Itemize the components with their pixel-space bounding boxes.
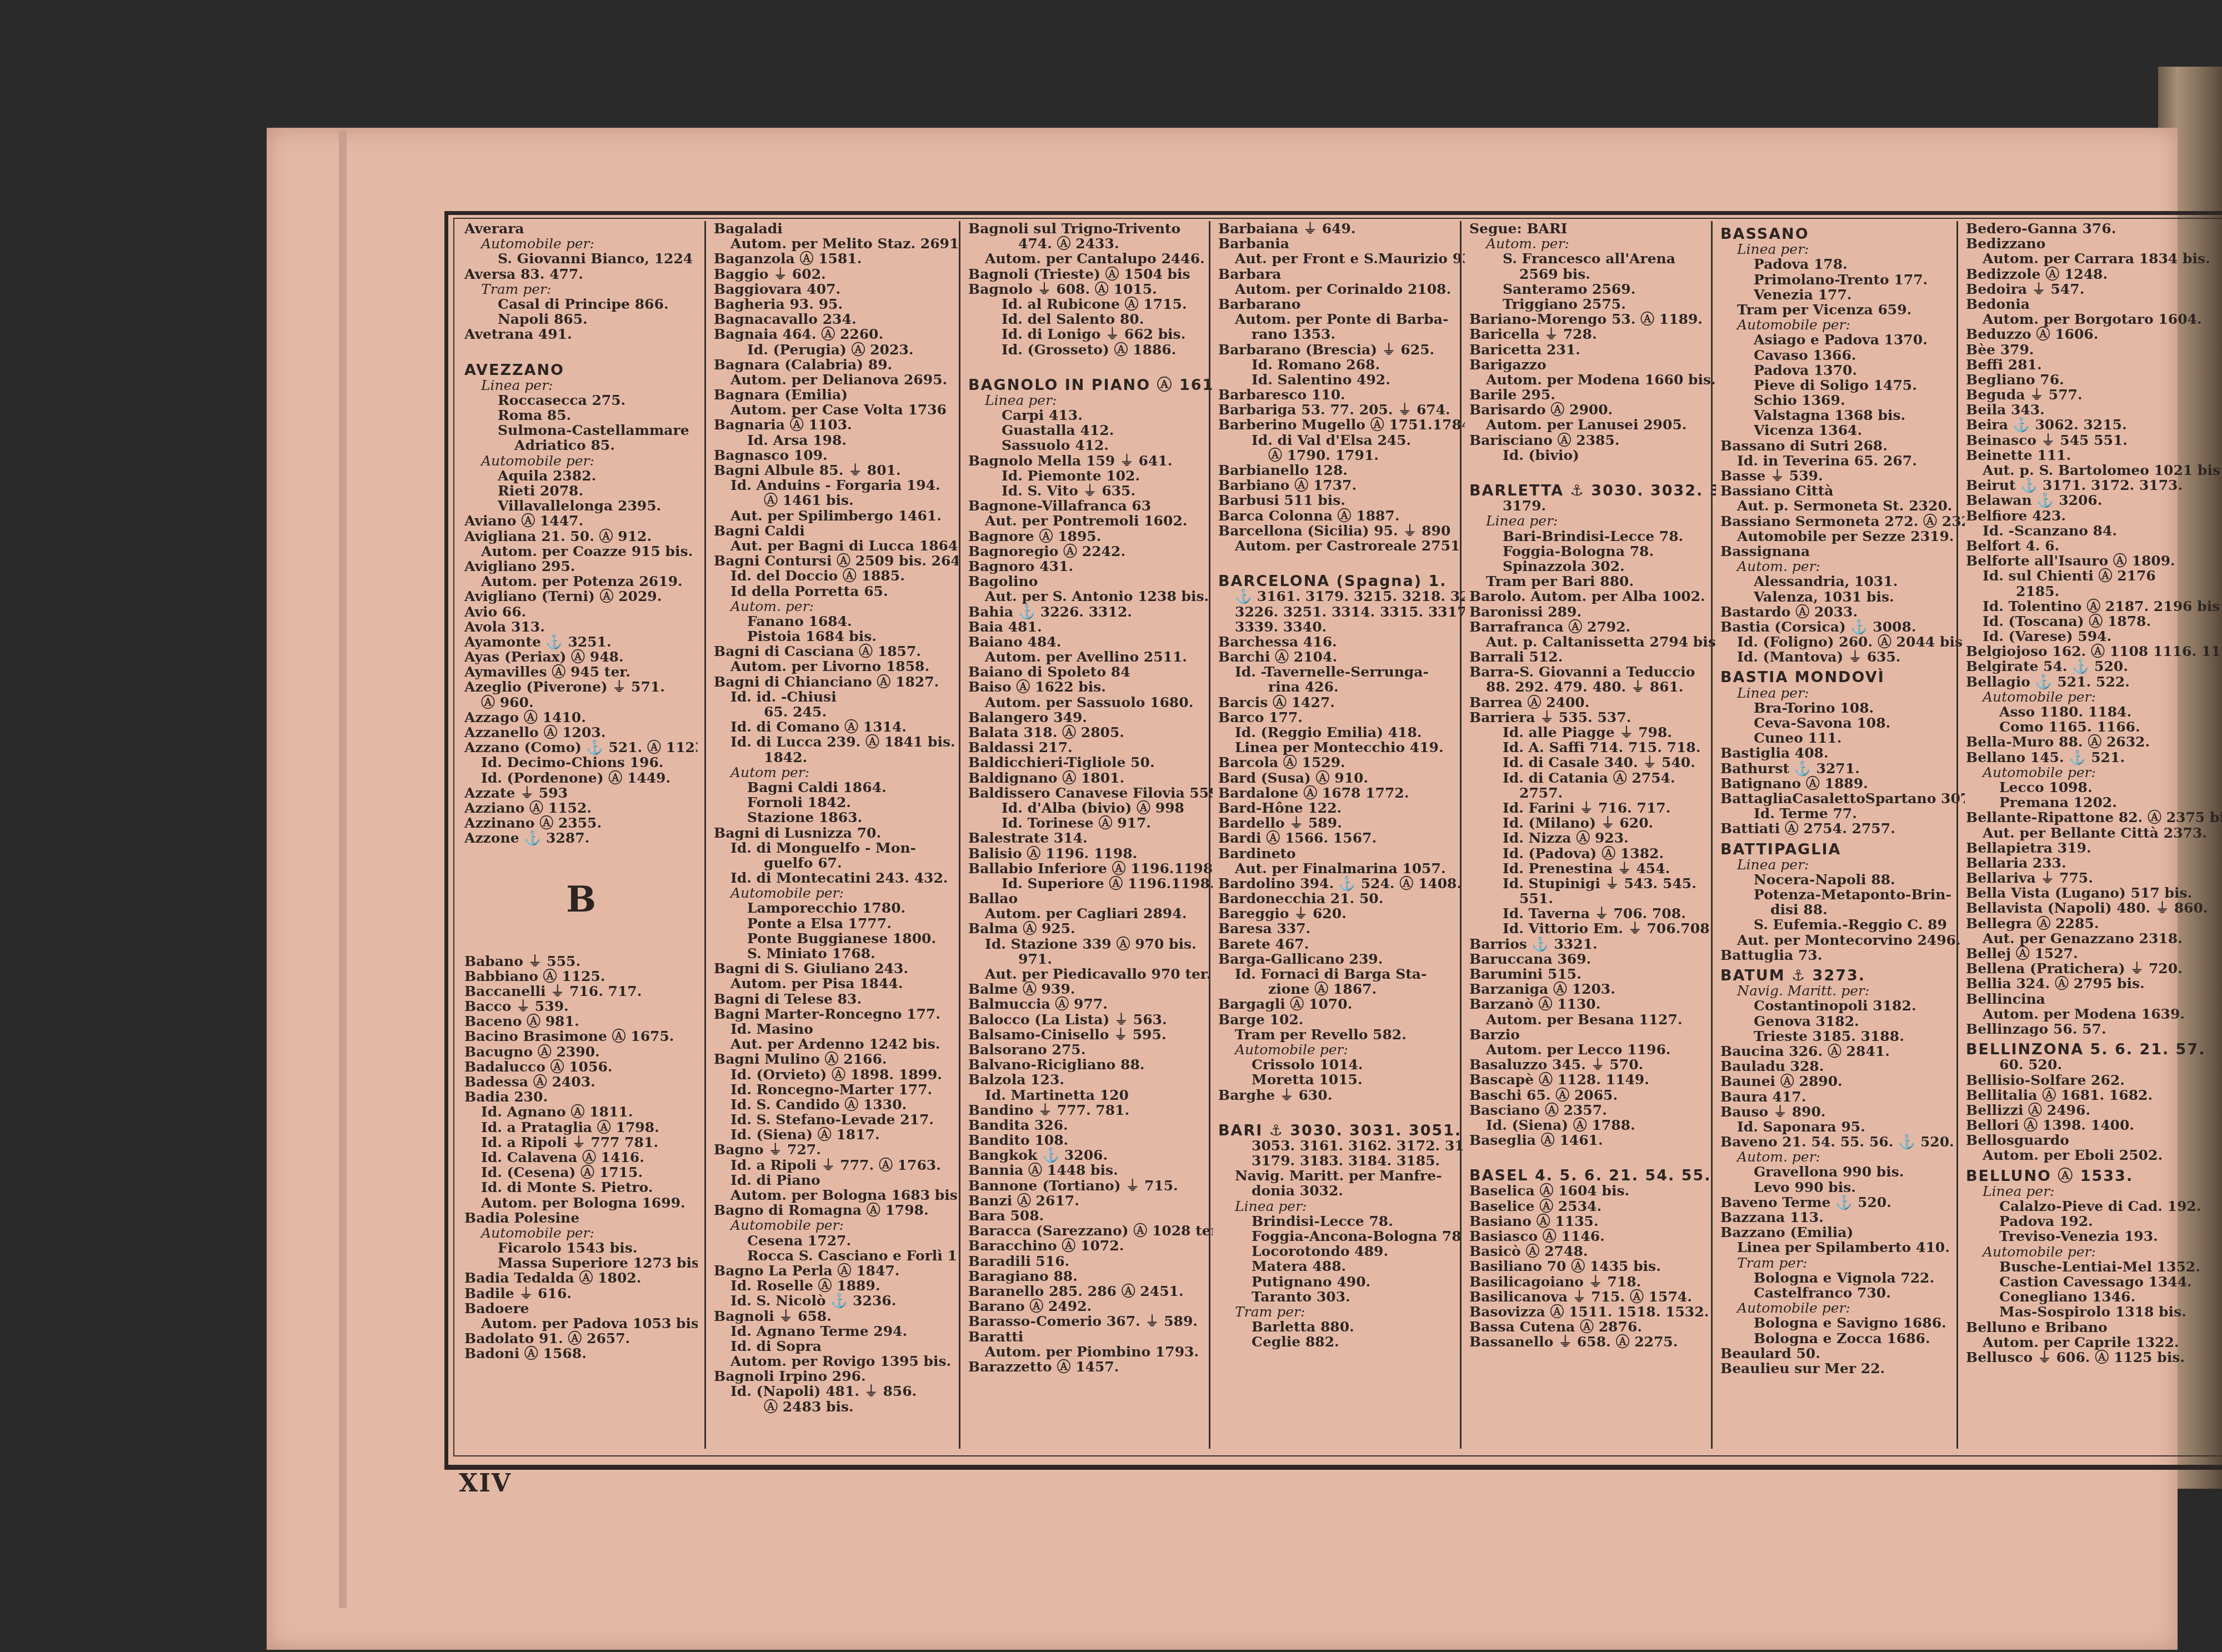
- index-entry: Bagno di Romagna Ⓐ 1798.: [714, 1203, 958, 1218]
- index-entry: Conegliano 1346.: [1966, 1289, 2222, 1304]
- index-entry: Balme Ⓐ 939.: [968, 982, 1213, 997]
- index-entry: 3179. 3183. 3184. 3185.: [1218, 1153, 1465, 1168]
- index-entry: Basovizza Ⓐ 1511. 1518. 1532.: [1469, 1304, 1716, 1319]
- index-entry: Id. Farini ⏚ 716. 717.: [1469, 800, 1716, 815]
- index-entry: Vicenza 1364.: [1720, 423, 1965, 438]
- index-entry: Azziano Ⓐ 1152.: [464, 800, 698, 815]
- index-entry: Mas-Sospirolo 1318 bis.: [1966, 1304, 2222, 1319]
- index-entry: Azzano (Como) ⚓ 521. Ⓐ 1123.: [464, 740, 698, 755]
- index-entry: Bannone (Tortiano) ⏚ 715.: [968, 1178, 1213, 1193]
- index-entry: Autom. per Livorno 1858.: [714, 659, 958, 674]
- index-entry: Bellosguardo: [1966, 1133, 2222, 1148]
- index-entry: Baricella ⏚ 728.: [1469, 327, 1716, 342]
- index-entry: Belfiore 423.: [1966, 508, 2222, 523]
- index-entry: Aut. p. Sermoneta St. 2320.: [1720, 498, 1965, 513]
- index-entry: Id. Anduins - Forgaria 194.: [714, 478, 958, 493]
- index-entry: Belforte all'Isauro Ⓐ 1809.: [1966, 553, 2222, 568]
- index-entry: Bagnacavallo 234.: [714, 312, 958, 327]
- index-entry: Barberino Mugello Ⓐ 1751.1784: [1218, 417, 1465, 432]
- index-entry: Barzaniga Ⓐ 1203.: [1469, 982, 1716, 997]
- index-entry: Baganzola Ⓐ 1581.: [714, 251, 958, 266]
- index-entry: Baiano di Spoleto 84: [968, 664, 1213, 679]
- index-entry: Ⓐ 1461 bis.: [714, 493, 958, 508]
- index-entry: rina 426.: [1218, 679, 1465, 694]
- index-entry: Bagni di Lusnizza 70.: [714, 825, 958, 840]
- index-entry: Bagno La Perla Ⓐ 1847.: [714, 1263, 958, 1278]
- index-entry: Badile ⏚ 616.: [464, 1286, 698, 1301]
- index-entry: Alessandria, 1031.: [1720, 574, 1965, 589]
- index-entry: Bellavista (Napoli) 480. ⏚ 860.: [1966, 900, 2222, 915]
- index-entry: 1842.: [714, 750, 958, 765]
- index-entry: Guastalla 412.: [968, 423, 1213, 438]
- index-entry: Autom. per:: [1469, 236, 1716, 251]
- index-entry: Id. -Scanzano 84.: [1966, 523, 2222, 538]
- index-entry: Barghe ⏚ 630.: [1218, 1088, 1465, 1103]
- index-entry: Potenza-Metaponto-Brin-: [1720, 887, 1965, 902]
- index-entry: Tram per:: [464, 282, 698, 297]
- index-entry: Bagni Caldi 1864.: [714, 780, 958, 795]
- index-column-3: Bagnoli sul Trigno-Trivento474. Ⓐ 2433.A…: [959, 221, 1213, 1449]
- index-entry: Bard (Susa) Ⓐ 910.: [1218, 770, 1465, 785]
- index-entry: Automobile per:: [1218, 1042, 1465, 1057]
- index-entry: Id. del Salento 80.: [968, 312, 1213, 327]
- index-entry: Autom. per Melito Staz. 2691: [714, 236, 958, 251]
- index-entry: Bagno ⏚ 727.: [714, 1142, 958, 1157]
- index-entry: Bagni di Telese 83.: [714, 992, 958, 1007]
- index-entry: Barolo. Autom. per Alba 1002.: [1469, 589, 1716, 604]
- index-entry: Aut. per Genazzano 2318.: [1966, 931, 2222, 946]
- index-entry: [464, 939, 698, 954]
- index-entry: Cesena 1727.: [714, 1233, 958, 1248]
- index-entry: Ⓐ 1790. 1791.: [1218, 448, 1465, 463]
- index-entry: Autom. per Avellino 2511.: [968, 649, 1213, 664]
- index-entry: Bariano-Morengo 53. Ⓐ 1189.: [1469, 312, 1716, 327]
- index-entry: Bassano di Sutri 268.: [1720, 438, 1965, 453]
- index-entry: Id. (Padova) Ⓐ 1382.: [1469, 846, 1716, 861]
- index-entry: Id. Vittorio Em. ⏚ 706.708: [1469, 921, 1716, 936]
- index-entry: Automobile per:: [464, 1225, 698, 1240]
- index-entry: Aut. per Bagni di Lucca 1864: [714, 538, 958, 553]
- index-entry: Autom. per:: [1720, 559, 1965, 574]
- index-entry: Linea per:: [1720, 685, 1965, 700]
- index-heading: BATUM ⚓ 3273.: [1720, 968, 1965, 983]
- index-entry: Id. Romano 268.: [1218, 357, 1465, 372]
- index-entry: Automobile per:: [1966, 689, 2222, 704]
- index-entry: Id. Stupinigi ⏚ 543. 545.: [1469, 876, 1716, 891]
- index-entry: Avigliano (Terni) Ⓐ 2029.: [464, 589, 698, 604]
- index-entry: Baresa 337.: [1218, 921, 1465, 936]
- index-entry: Crissolo 1014.: [1218, 1057, 1465, 1072]
- index-entry: Automobile per:: [464, 453, 698, 468]
- index-heading: BASTIA MONDOVÌ: [1720, 670, 1965, 685]
- index-entry: Bassa Cutena Ⓐ 2876.: [1469, 1319, 1716, 1334]
- index-entry: Id. Arsa 198.: [714, 433, 958, 448]
- index-entry: Id. di Val d'Elsa 245.: [1218, 433, 1465, 448]
- index-entry: Casal di Principe 866.: [464, 297, 698, 312]
- index-entry: Bareggio ⏚ 620.: [1218, 906, 1465, 921]
- index-entry: Avio 66.: [464, 604, 698, 619]
- index-entry: Automobile per Sezze 2319.: [1720, 529, 1965, 544]
- index-entry: Stazione 1863.: [714, 810, 958, 825]
- index-entry: Fanano 1684.: [714, 614, 958, 629]
- index-entry: Autom. per Delianova 2695.: [714, 372, 958, 387]
- index-entry: Barzio: [1469, 1027, 1716, 1042]
- index-entry: S. Miniato 1768.: [714, 946, 958, 961]
- index-entry: Bologna e Vignola 722.: [1720, 1270, 1965, 1285]
- index-entry: 88. 292. 479. 480. ⏚ 861.: [1469, 679, 1716, 694]
- index-entry: Baldicchieri-Tigliole 50.: [968, 755, 1213, 770]
- index-entry: Id. Agnano Ⓐ 1811.: [464, 1104, 698, 1119]
- index-entry: Balangero 349.: [968, 710, 1213, 725]
- index-entry: Bardi Ⓐ 1566. 1567.: [1218, 830, 1465, 845]
- index-entry: Bagnoli (Trieste) Ⓐ 1504 bis: [968, 267, 1213, 282]
- index-entry: Bacugno Ⓐ 2390.: [464, 1044, 698, 1059]
- index-entry: Id. di Catania Ⓐ 2754.: [1469, 770, 1716, 785]
- index-heading: BARI ⚓ 3030. 3031. 3051. 3052.: [1218, 1123, 1465, 1138]
- index-entry: Barge 102.: [1218, 1012, 1465, 1027]
- index-entry: Id. in Teverina 65. 267.: [1720, 453, 1965, 468]
- index-entry: Aut. per Front e S.Maurizio 935.: [1218, 251, 1465, 266]
- index-entry: Venezia 177.: [1720, 287, 1965, 302]
- index-entry: Linea per:: [464, 378, 698, 393]
- index-entry: Premana 1202.: [1966, 795, 2222, 810]
- index-entry: Id. S. Nicolò ⚓ 3236.: [714, 1293, 958, 1308]
- index-entry: Automobile per:: [464, 236, 698, 251]
- index-entry: Bargagli Ⓐ 1070.: [1218, 997, 1465, 1012]
- index-entry: Cavaso 1366.: [1720, 348, 1965, 363]
- index-entry: Id. (Napoli) 481. ⏚ 856.: [714, 1384, 958, 1399]
- index-entry: Id. d'Alba (bivio) Ⓐ 998: [968, 800, 1213, 815]
- index-entry: Id. del Doccio Ⓐ 1885.: [714, 568, 958, 583]
- index-entry: Baura 417.: [1720, 1089, 1965, 1104]
- index-entry: Bagni Marter-Roncegno 177.: [714, 1007, 958, 1022]
- index-entry: Id. (Perugia) Ⓐ 2023.: [714, 342, 958, 357]
- index-entry: Autom. per:: [1720, 1149, 1965, 1164]
- index-entry: [1218, 553, 1465, 568]
- index-entry: Bagni Caldi: [714, 523, 958, 538]
- index-entry: Valstagna 1368 bis.: [1720, 408, 1965, 423]
- index-column-5: Segue: BARIAutom. per:S. Francesco all'A…: [1460, 221, 1716, 1449]
- index-entry: Beinasco ⏚ 545 551.: [1966, 433, 2222, 448]
- index-entry: Badoni Ⓐ 1568.: [464, 1346, 698, 1361]
- index-entry: Baragiano 88.: [968, 1269, 1213, 1284]
- index-entry: Treviso-Venezia 193.: [1966, 1229, 2222, 1244]
- index-entry: Massa Superiore 1273 bis.: [464, 1255, 698, 1270]
- index-entry: Bacco ⏚ 539.: [464, 999, 698, 1014]
- index-entry: Tram per:: [1218, 1304, 1465, 1319]
- index-entry: Baranello 285. 286 Ⓐ 2451.: [968, 1284, 1213, 1299]
- index-entry: Putignano 490.: [1218, 1274, 1465, 1289]
- index-entry: Barisciano Ⓐ 2385.: [1469, 433, 1716, 448]
- index-entry: Id. (Mantova) ⏚ 635.: [1720, 649, 1965, 664]
- index-entry: Battiati Ⓐ 2754. 2757.: [1720, 821, 1965, 836]
- index-entry: Id. S. Stefano-Levade 217.: [714, 1112, 958, 1127]
- index-entry: donia 3032.: [1218, 1183, 1465, 1198]
- index-heading: BASEL 4. 5. 6. 21. 54. 55. 56. 60.: [1469, 1168, 1716, 1183]
- index-entry: Autom. per Caprile 1322.: [1966, 1335, 2222, 1350]
- index-entry: Bagni di S. Giuliano 243.: [714, 961, 958, 976]
- index-entry: Autom. per Bologna 1683 bis.: [714, 1188, 958, 1203]
- index-entry: Badia Tedalda Ⓐ 1802.: [464, 1270, 698, 1285]
- index-entry: Id. Martinetta 120: [968, 1088, 1213, 1103]
- index-entry: Balsamo-Cinisello ⏚ 595.: [968, 1027, 1213, 1042]
- index-entry: Baselice Ⓐ 2534.: [1469, 1199, 1716, 1214]
- index-entry: Roma 85.: [464, 408, 698, 423]
- index-entry: Automobile per:: [1966, 765, 2222, 780]
- index-column-6: BASSANOLinea per:Padova 178.Primolano-Tr…: [1711, 221, 1965, 1449]
- index-entry: Barcellona (Sicilia) 95. ⏚ 890: [1218, 523, 1465, 538]
- index-entry: Id. A. Saffi 714. 715. 718.: [1469, 740, 1716, 755]
- index-entry: Ceglie 882.: [1218, 1334, 1465, 1349]
- index-entry: Barbarano: [1218, 297, 1465, 312]
- index-entry: Balma Ⓐ 925.: [968, 921, 1213, 936]
- index-entry: Bassignana: [1720, 544, 1965, 559]
- index-entry: Trieste 3185. 3188.: [1720, 1029, 1965, 1044]
- index-entry: Balestrate 314.: [968, 830, 1213, 845]
- index-entry: Busche-Lentiai-Mel 1352.: [1966, 1259, 2222, 1274]
- index-entry: Aut. p. S. Bartolomeo 1021 bis: [1966, 463, 2222, 478]
- index-entry: Bellia 324. Ⓐ 2795 bis.: [1966, 976, 2222, 991]
- index-entry: Belgirate 54. ⚓ 520.: [1966, 659, 2222, 674]
- index-entry: Pieve di Soligo 1475.: [1720, 378, 1965, 393]
- index-entry: Azzate ⏚ 593: [464, 785, 698, 800]
- index-entry: Azzone ⚓ 3287.: [464, 830, 698, 845]
- index-entry: Baggio ⏚ 602.: [714, 267, 958, 282]
- index-entry: Bara 508.: [968, 1208, 1213, 1223]
- index-entry: Badessa Ⓐ 2403.: [464, 1074, 698, 1089]
- index-entry: Balisio Ⓐ 1196. 1198.: [968, 846, 1213, 861]
- index-entry: Barzanò Ⓐ 1130.: [1469, 997, 1716, 1012]
- index-column-1: AveraraAutomobile per:S. Giovanni Bianco…: [464, 221, 698, 1449]
- index-entry: Bellej Ⓐ 1527.: [1966, 946, 2222, 961]
- index-entry: Id. di Lucca 239. Ⓐ 1841 bis.: [714, 734, 958, 749]
- index-entry: Autom. per Ponte di Barba-: [1218, 312, 1465, 327]
- index-entry: Bèe 379.: [1966, 342, 2222, 357]
- index-entry: Automobile per:: [1966, 1244, 2222, 1259]
- index-entry: Ceva-Savona 108.: [1720, 715, 1965, 730]
- index-entry: 971.: [968, 952, 1213, 967]
- index-entry: Bardonecchia 21. 50.: [1218, 891, 1465, 906]
- index-entry: Bagni Albule 85. ⏚ 801.: [714, 463, 958, 478]
- index-entry: Autom. per Besana 1127.: [1469, 1012, 1716, 1027]
- index-entry: Aviano Ⓐ 1447.: [464, 513, 698, 528]
- index-entry: Baricetta 231.: [1469, 342, 1716, 357]
- index-entry: Bassanello ⏚ 658. Ⓐ 2275.: [1469, 1334, 1716, 1349]
- index-entry: Id. sul Chienti Ⓐ 2176: [1966, 568, 2222, 583]
- index-entry: 3339. 3340.: [1218, 619, 1465, 634]
- index-entry: Azzinano Ⓐ 2355.: [464, 815, 698, 830]
- index-entry: Id. (Reggio Emilia) 418.: [1218, 725, 1465, 740]
- index-entry: Linea per:: [1966, 1184, 2222, 1199]
- index-entry: Baradili 516.: [968, 1254, 1213, 1269]
- index-entry: Id. Terme 77.: [1720, 806, 1965, 821]
- index-entry: Autom. per Lecco 1196.: [1469, 1042, 1716, 1057]
- index-entry: Baggiovara 407.: [714, 282, 958, 297]
- index-entry: Id. Agnano Terme 294.: [714, 1324, 958, 1339]
- index-entry: Id. Torinese Ⓐ 917.: [968, 815, 1213, 830]
- index-entry: Baiano 484.: [968, 634, 1213, 649]
- index-entry: 474. Ⓐ 2433.: [968, 236, 1213, 251]
- index-entry: Aut. per Montecorvino 2496.: [1720, 933, 1965, 948]
- index-entry: ⚓ 3161. 3179. 3215. 3218. 3221.: [1218, 589, 1465, 604]
- index-entry: Id. (bivio): [1469, 448, 1716, 463]
- index-entry: rano 1353.: [1218, 327, 1465, 342]
- index-entry: Barra-S. Giovanni a Teduccio: [1469, 664, 1716, 679]
- index-entry: Id. Masino: [714, 1022, 958, 1037]
- index-entry: Bannia Ⓐ 1448 bis.: [968, 1163, 1213, 1178]
- index-entry: Baratti: [968, 1329, 1213, 1344]
- index-entry: Primolano-Trento 177.: [1720, 272, 1965, 287]
- index-entry: Id. Decimo-Chions 196.: [464, 755, 698, 770]
- index-entry: Bassiano Città: [1720, 483, 1965, 498]
- index-entry: Autom. per Cantalupo 2446.: [968, 251, 1213, 266]
- index-entry: Autom. per Piombino 1793.: [968, 1344, 1213, 1359]
- index-entry: Bagnone-Villafranca 63: [968, 498, 1213, 513]
- index-entry: Baseglia Ⓐ 1461.: [1469, 1133, 1716, 1148]
- index-entry: Baiso Ⓐ 1622 bis.: [968, 679, 1213, 694]
- index-entry: Bagnaria Ⓐ 1103.: [714, 417, 958, 432]
- index-entry: Bagnaia 464. Ⓐ 2260.: [714, 327, 958, 342]
- index-entry: Padova 192.: [1966, 1214, 2222, 1229]
- index-entry: Lecco 1098.: [1966, 780, 2222, 795]
- index-entry: Barga-Gallicano 239.: [1218, 952, 1465, 967]
- index-entry: Bagnoro 431.: [968, 559, 1213, 574]
- index-entry: Azeglio (Piverone) ⏚ 571.: [464, 679, 698, 694]
- index-entry: S. Giovanni Bianco, 1224: [464, 251, 698, 266]
- index-entry: Id. (Foligno) 260. Ⓐ 2044 bis: [1720, 634, 1965, 649]
- index-entry: Id. (Varese) 594.: [1966, 629, 2222, 644]
- index-entry: Bagni di Casciana Ⓐ 1857.: [714, 644, 958, 659]
- index-entry: Bagheria 93. 95.: [714, 297, 958, 312]
- index-entry: 3053. 3161. 3162. 3172. 3173.: [1218, 1138, 1465, 1153]
- index-entry: Belluno e Bribano: [1966, 1320, 2222, 1335]
- index-entry: Bardello ⏚ 589.: [1218, 815, 1465, 830]
- index-entry: Id. (Siena) Ⓐ 1788.: [1469, 1118, 1716, 1133]
- index-entry: Bellena (Pratichera) ⏚ 720.: [1966, 961, 2222, 976]
- index-entry: Beguda ⏚ 577.: [1966, 387, 2222, 402]
- index-entry: Autom. per Bologna 1699.: [464, 1195, 698, 1210]
- index-entry: Bagni di Chianciano Ⓐ 1827.: [714, 674, 958, 689]
- index-entry: 60. 520.: [1966, 1057, 2222, 1072]
- index-entry: 2757.: [1469, 785, 1716, 800]
- index-entry: Bellegra Ⓐ 2285.: [1966, 916, 2222, 931]
- index-entry: Gravellona 990 bis.: [1720, 1164, 1965, 1179]
- index-entry: Id. al Rubicone Ⓐ 1715.: [968, 297, 1213, 312]
- index-entry: Balsorano 275.: [968, 1042, 1213, 1057]
- index-entry: Id. Superiore Ⓐ 1196.1198.: [968, 876, 1213, 891]
- index-entry: Autom. per Castroreale 2751: [1218, 538, 1465, 553]
- index-entry: Automobile per:: [714, 1218, 958, 1233]
- index-entry: Id. (Toscana) Ⓐ 1878.: [1966, 614, 2222, 629]
- index-entry: disi 88.: [1720, 902, 1965, 917]
- index-entry: Pistoia 1684 bis.: [714, 629, 958, 644]
- index-entry: Bandino ⏚ 777. 781.: [968, 1103, 1213, 1118]
- index-entry: Avola 313.: [464, 619, 698, 634]
- index-entry: Basicò Ⓐ 2748.: [1469, 1244, 1716, 1259]
- index-entry: Bagolino: [968, 574, 1213, 589]
- index-entry: Basse ⏚ 539.: [1720, 468, 1965, 483]
- index-entry: Bagnolo Mella 159 ⏚ 641.: [968, 453, 1213, 468]
- index-entry: Id. di Montecatini 243. 432.: [714, 870, 958, 885]
- index-entry: Rieti 2078.: [464, 483, 698, 498]
- index-entry: Barumini 515.: [1469, 967, 1716, 982]
- index-entry: [1469, 1148, 1716, 1163]
- index-heading: BAGNOLO IN PIANO Ⓐ 1619: [968, 378, 1213, 393]
- index-entry: Baveno Terme ⚓ 520.: [1720, 1195, 1965, 1210]
- index-entry: Basaluzzo 345. ⏚ 570.: [1469, 1057, 1716, 1072]
- index-entry: Baracca (Sarezzano) Ⓐ 1028 ter.: [968, 1223, 1213, 1238]
- index-entry: S. Eufemia.-Reggio C. 89: [1720, 917, 1965, 932]
- index-entry: [1469, 463, 1716, 478]
- index-entry: 2185.: [1966, 584, 2222, 599]
- index-entry: Matera 488.: [1218, 1259, 1465, 1274]
- index-entry: Id. Nizza Ⓐ 923.: [1469, 830, 1716, 845]
- index-entry: Carpi 413.: [968, 408, 1213, 423]
- index-entry: Linea per:: [1469, 513, 1716, 528]
- index-entry: Aut. p. Caltanissetta 2794 bis.: [1469, 634, 1716, 649]
- index-entry: Taranto 303.: [1218, 1289, 1465, 1304]
- index-entry: Barrali 512.: [1469, 649, 1716, 664]
- index-entry: Belfort 4. 6.: [1966, 538, 2222, 553]
- index-entry: Beduzzo Ⓐ 1606.: [1966, 327, 2222, 342]
- index-entry: Calalzo-Pieve di Cad. 192.: [1966, 1199, 2222, 1214]
- index-entry: Asso 1180. 1184.: [1966, 704, 2222, 719]
- index-entry: Navig. Maritt. per:: [1720, 983, 1965, 998]
- index-entry: Autom. per Padova 1053 bis.: [464, 1316, 698, 1331]
- index-entry: Barete 467.: [1218, 937, 1465, 952]
- index-entry: Barbara: [1218, 267, 1465, 282]
- index-entry: Baronissi 289.: [1469, 604, 1716, 619]
- index-entry: Castion Cavessago 1344.: [1966, 1274, 2222, 1289]
- index-entry: Bazzana 113.: [1720, 1210, 1965, 1225]
- index-entry: Aversa 83. 477.: [464, 267, 698, 282]
- index-entry: Id. alle Piagge ⏚ 798.: [1469, 725, 1716, 740]
- index-entry: Bella Vista (Lugano) 517 bis.: [1966, 885, 2222, 900]
- index-entry: Bagnara (Calabria) 89.: [714, 357, 958, 372]
- index-entry: Barbaresco 110.: [1218, 387, 1465, 402]
- index-entry: Barco 177.: [1218, 710, 1465, 725]
- index-entry: Bardineto: [1218, 846, 1465, 861]
- index-entry: Bagni Mulino Ⓐ 2166.: [714, 1052, 958, 1067]
- index-entry: Villavallelonga 2395.: [464, 498, 698, 513]
- index-entry: Fornoli 1842.: [714, 795, 958, 810]
- index-entry: Bellusco ⏚ 606. Ⓐ 1125 bis.: [1966, 1350, 2222, 1365]
- index-entry: Automobile per:: [1720, 317, 1965, 332]
- index-entry: Balzola 123.: [968, 1072, 1213, 1087]
- index-entry: Autom. per Pisa 1844.: [714, 976, 958, 991]
- index-entry: Bedero-Ganna 376.: [1966, 221, 2222, 236]
- index-entry: Id. Calavena Ⓐ 1416.: [464, 1150, 698, 1165]
- index-entry: Aut. per Ardenno 1242 bis.: [714, 1037, 958, 1052]
- index-entry: Autom. per Rovigo 1395 bis.: [714, 1354, 958, 1369]
- index-entry: Autom. per Corinaldo 2108.: [1218, 282, 1465, 297]
- index-entry: Valenza, 1031 bis.: [1720, 589, 1965, 604]
- index-entry: Baucina 326. Ⓐ 2841.: [1720, 1044, 1965, 1059]
- index-entry: Rocca S. Casciano e Forlì 1757.: [714, 1248, 958, 1263]
- index-entry: Tram per:: [1720, 1255, 1965, 1270]
- index-entry: Baschi 65. Ⓐ 2065.: [1469, 1088, 1716, 1103]
- index-entry: Beila 343.: [1966, 402, 2222, 417]
- index-entry: Barriera ⏚ 535. 537.: [1469, 710, 1716, 725]
- index-entry: Id. Fornaci di Barga Sta-: [1218, 967, 1465, 982]
- index-entry: Santeramo 2569.: [1469, 282, 1716, 297]
- index-entry: [464, 342, 698, 357]
- index-entry: Castelfranco 730.: [1720, 1285, 1965, 1300]
- index-entry: Barbariga 53. 77. 205. ⏚ 674.: [1218, 402, 1465, 417]
- index-entry: Bagnasco 109.: [714, 448, 958, 463]
- index-entry: Schio 1369.: [1720, 393, 1965, 408]
- index-entry: Id. Salentino 492.: [1218, 372, 1465, 387]
